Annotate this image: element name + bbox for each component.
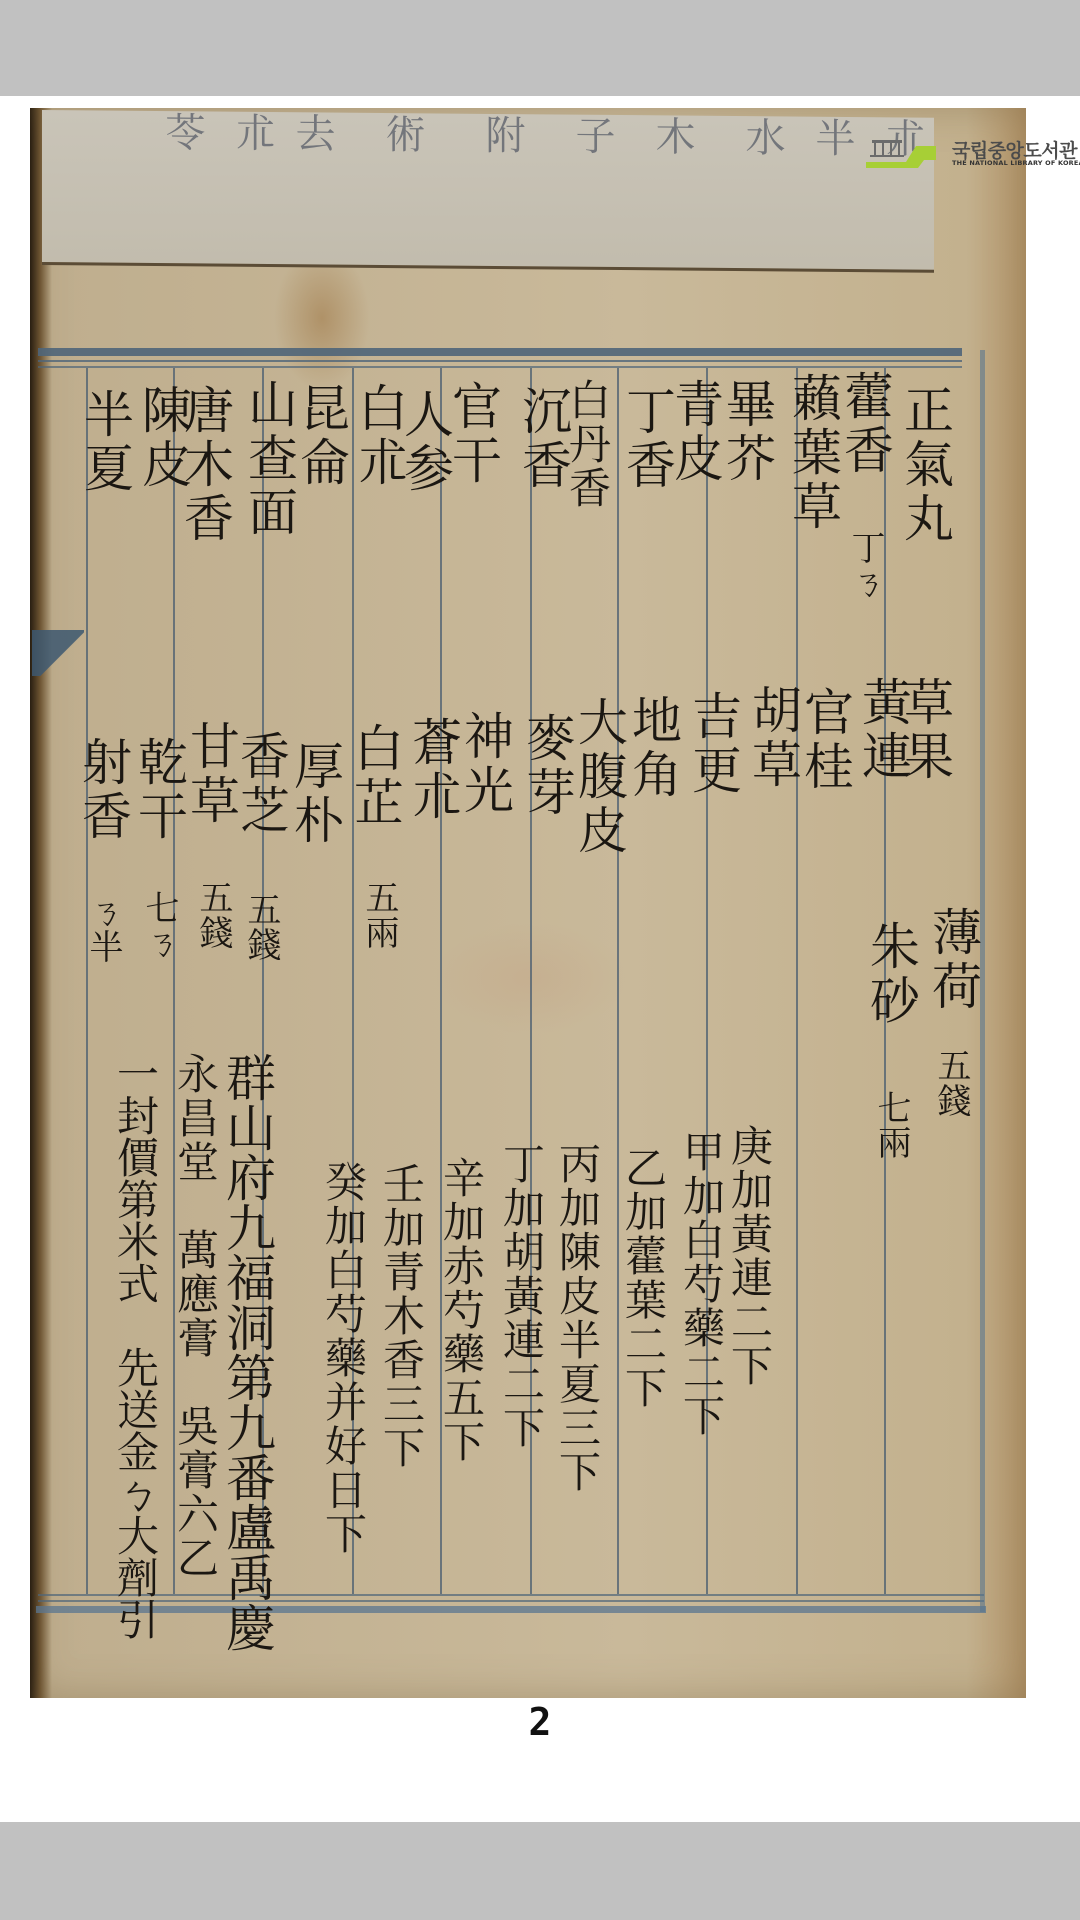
ingredient-note: 七ㄋ [142,890,176,960]
pasted-paper-slip: 苓 朮 去 術 附 子 木 水 半 朮 [42,110,934,273]
ingredient-top: 官干 [448,380,498,488]
library-name-english: THE NATIONAL LIBRARY OF KOREA [952,159,1080,167]
addition-line: 丁加胡黃連二下 [500,1142,542,1450]
fold-mark [32,630,84,676]
prescription-title: 正氣丸 [900,384,950,546]
frame-border-top-inner [38,366,962,368]
ingredient-top: 青皮 [670,378,720,486]
ingredient-top: 丁香 [622,385,672,493]
addition-line: 癸加白芍藥并好日下 [322,1160,364,1556]
ingredient-mid: 胡草 [748,684,798,792]
frame-border-top [38,348,962,356]
addition-line: 丙加陳皮半夏三下 [556,1142,598,1494]
ingredient-mid: 乾干 [134,736,184,844]
ingredient-note: 五兩 [362,880,396,950]
ingredient-note: ㄋ半 [86,894,120,964]
viewer-bottom-bar [0,1822,1080,1920]
ingredient-top: 陳皮 [138,384,188,492]
ingredient-mid: 黃連 [858,676,908,784]
viewer-top-bar [0,0,1080,96]
slip-char: 術 [382,113,422,153]
frame-border-bottom-inner [38,1600,984,1602]
frame-border-bottom [36,1606,986,1613]
ingredient-note: 五錢 [244,892,278,962]
ingredient-top: 半夏 [80,388,130,496]
addition-line: 甲加白芍藥二下 [680,1130,722,1438]
frame-border-bottom-inner [38,1594,984,1596]
ingredient-mid: 白芷 [350,722,400,830]
ingredient-top: 藾葉草 [788,372,838,534]
ingredient-mid: 蒼朮 [408,716,458,824]
addition-line: 壬加青木香三下 [380,1162,422,1470]
ingredient-top: 藿香 [840,370,890,478]
page-number: 2 [0,1700,1080,1744]
ingredient-top: 昆侖 [296,382,346,490]
slip-char: 水 [742,116,782,156]
ingredient-note: 丁ㄋ [848,530,882,600]
ingredient-mid: 射香 [78,736,128,844]
slip-char: 去 [292,112,332,152]
addition-line: 辛加赤芍藥五下 [440,1156,482,1464]
ingredient-mid: 神光 [460,710,510,818]
ingredient-top: 白朮 [354,382,404,490]
ingredient-low: 朱砂 [866,920,916,1028]
ingredient-note: 七兩 [874,1090,908,1160]
library-logo: 국립중앙도서관 THE NATIONAL LIBRARY OF KOREA [866,136,1080,172]
colophon-maker: 群山府九福洞第九番盧禹慶 [222,1052,272,1652]
ingredient-mid: 香芝 [236,730,286,838]
ingredient-top: 山查面 [244,378,294,540]
ingredient-mid: 麥芽 [522,712,572,820]
column-rule [796,368,798,1594]
ingredient-top: 沉香 [518,385,568,493]
frame-border-top-inner [38,360,962,362]
column-rule [86,368,88,1594]
ingredient-top: 白丹香 [566,378,608,510]
ingredient-mid: 地角 [628,694,678,802]
library-emblem-icon [866,138,936,168]
colophon-price: 一封價第米式 先送金ㄅ大劑引 [114,1052,156,1640]
slip-char: 半 [812,117,852,157]
column-rule [617,368,619,1594]
ingredient-note: 五錢 [934,1048,968,1118]
slip-char: 子 [572,115,612,155]
ingredient-top: 畢芥 [722,378,772,486]
slip-char: 木 [652,115,692,155]
ingredient-mid: 甘草 [186,720,236,828]
addition-line: 庚加黃連二下 [728,1124,770,1388]
ingredient-mid: 厚朴 [290,740,340,848]
ingredient-note: 五錢 [196,880,230,950]
slip-char: 朮 [232,112,272,152]
slip-char: 苓 [162,111,202,151]
slip-char: 附 [482,114,522,154]
ingredient-mid: 吉更 [688,690,738,798]
ingredient-mid: 大腹皮 [574,696,624,858]
ingredient-mid: 官桂 [800,686,850,794]
colophon-shop: 永昌堂 萬應膏 吳膏六乙 [174,1052,216,1580]
ingredient-low: 薄荷 [928,906,978,1014]
addition-line: 乙加藿葉二下 [622,1146,664,1410]
